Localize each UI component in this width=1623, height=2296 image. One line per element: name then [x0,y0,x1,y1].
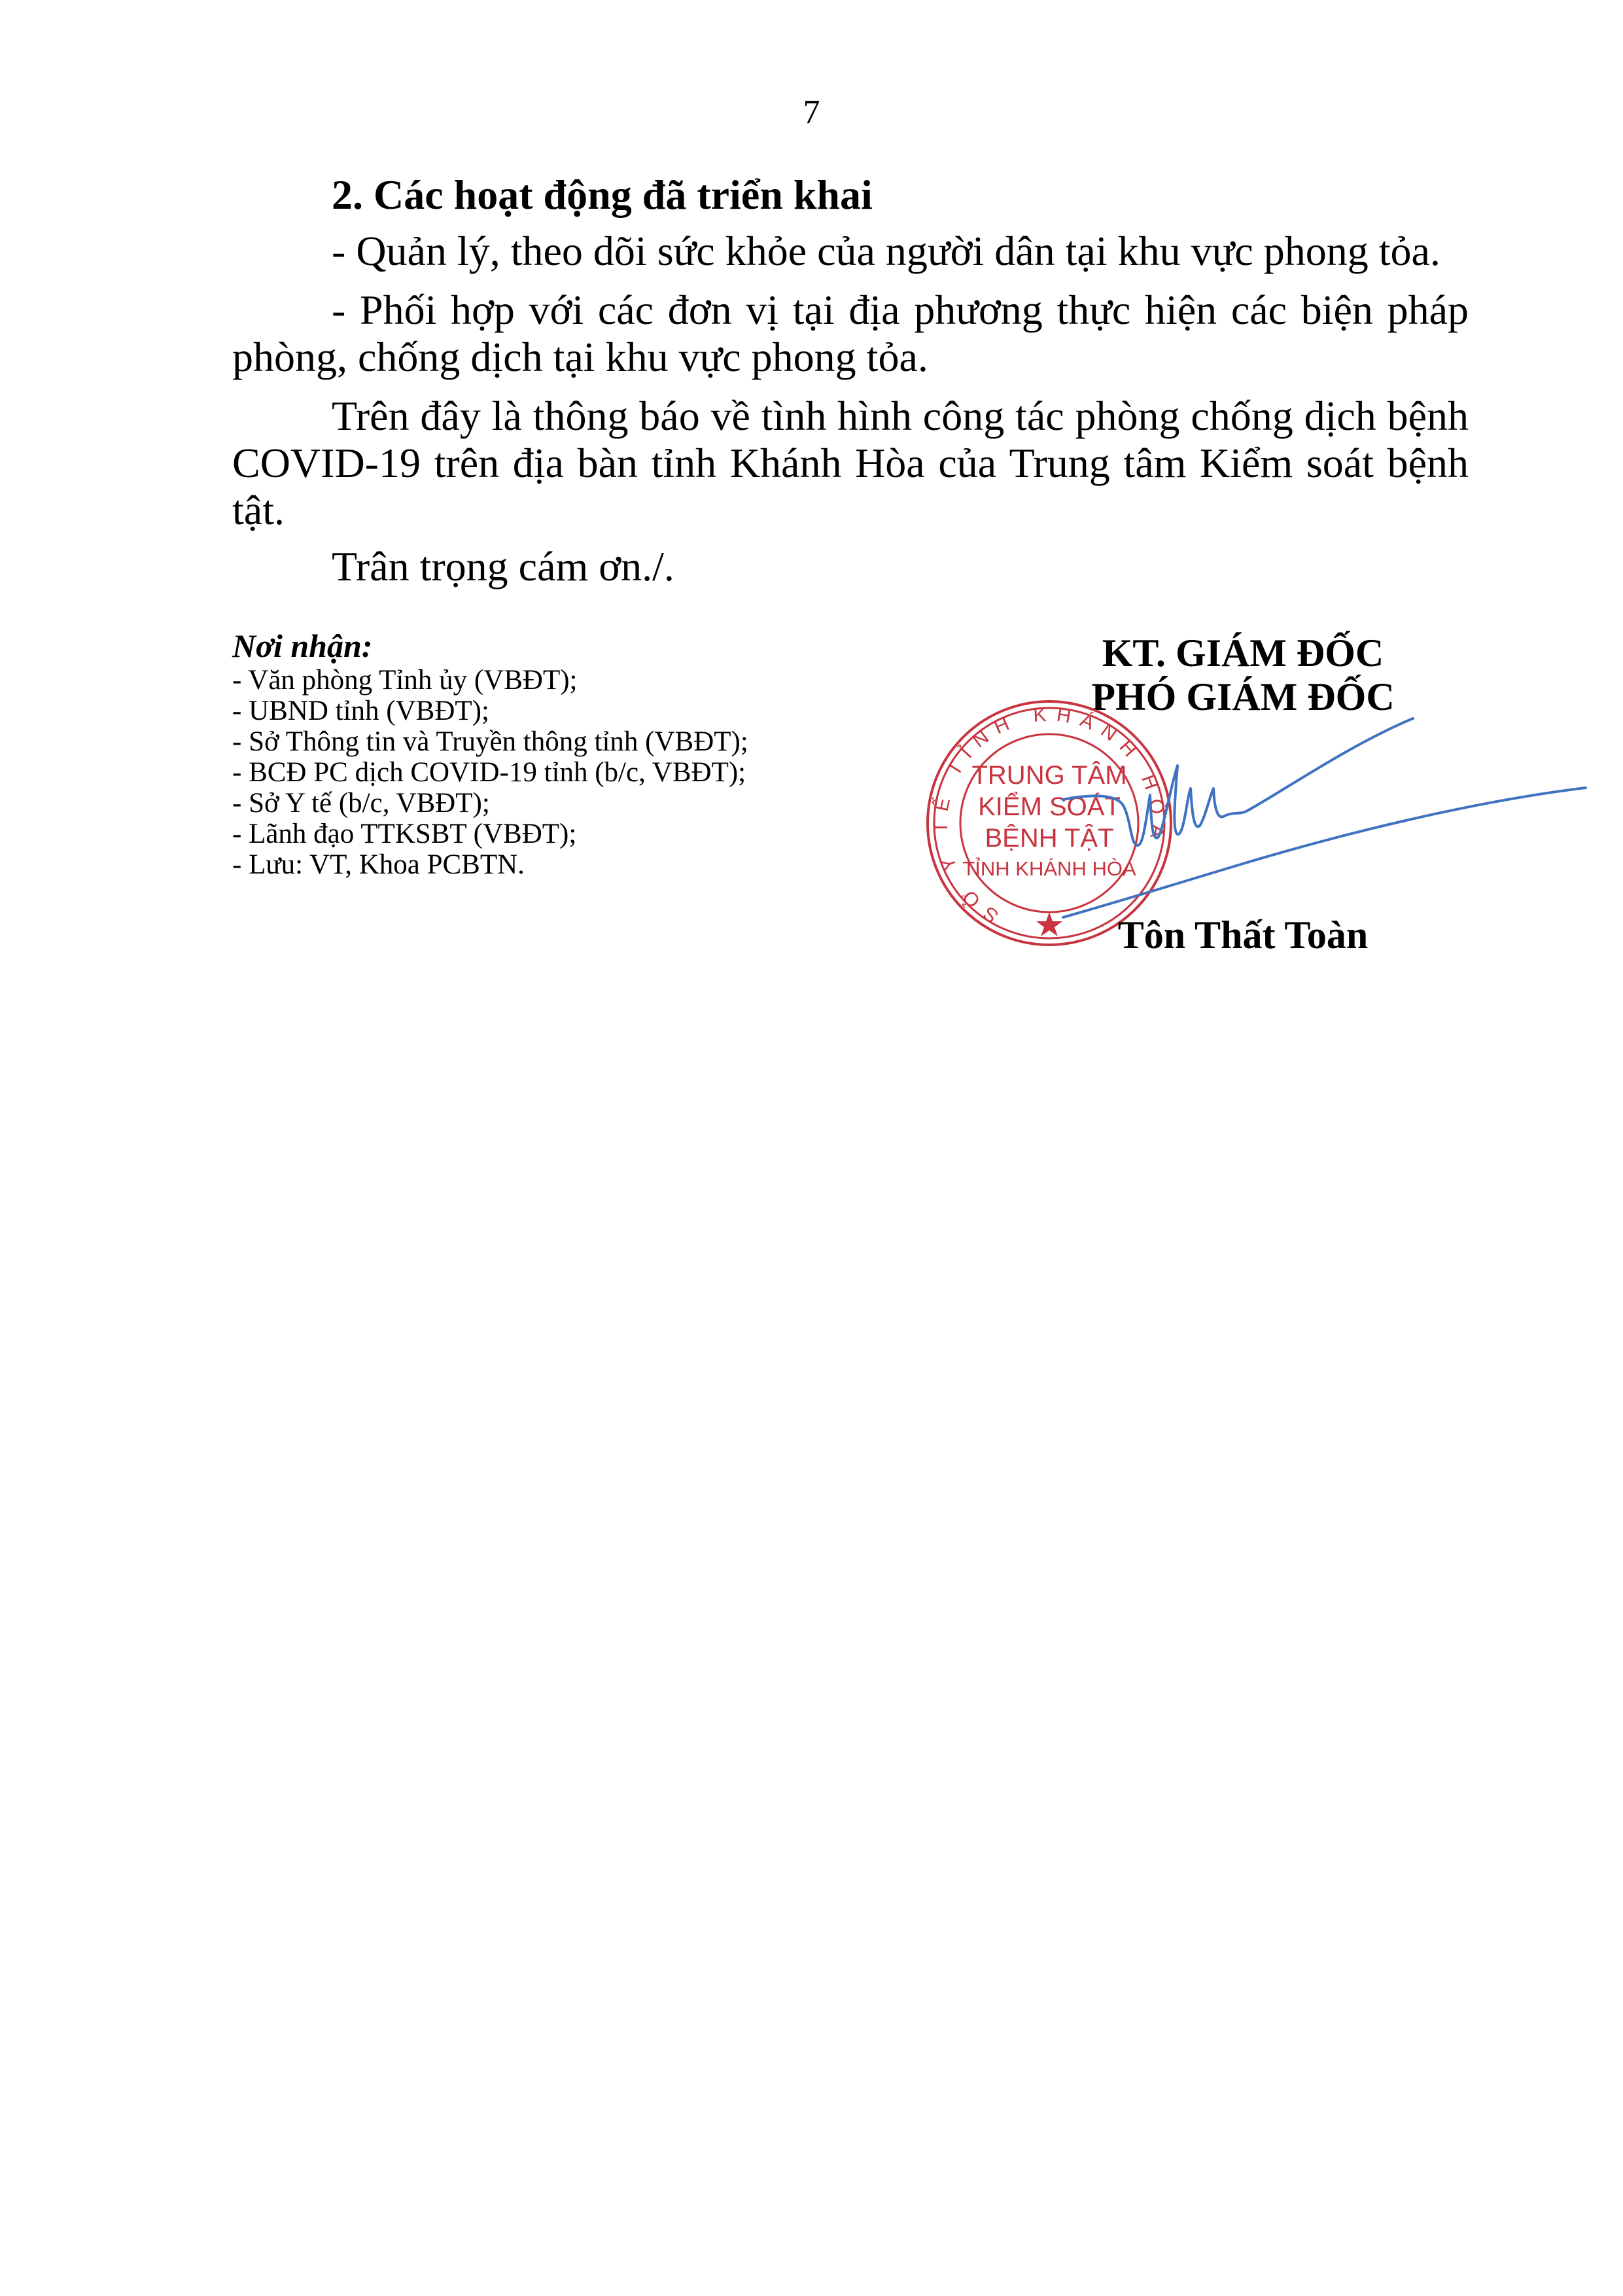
recipient-item: - Sở Y tế (b/c, VBĐT); [232,788,748,819]
signatory-line2: PHÓ GIÁM ĐỐC [1047,675,1439,719]
stamp-line: KIỂM SOÁT [978,790,1121,821]
signatory-name: Tôn Thất Toàn [1047,913,1439,958]
activity-item: - Quản lý, theo dõi sức khỏe của người d… [232,228,1469,275]
recipient-item: - Lưu: VT, Khoa PCBTN. [232,849,748,880]
activity-item: - Phối hợp với các đơn vị tại địa phương… [232,287,1469,381]
stamp-outer-text: SỞ Y TẾ TỈNH KHÁNH HÒA [930,703,1169,927]
stamp-line: TRUNG TÂM [971,760,1126,790]
recipients-title: Nơi nhận: [232,627,748,665]
page-number: 7 [0,93,1623,132]
svg-text:SỞ Y TẾ TỈNH KHÁNH HÒA: SỞ Y TẾ TỈNH KHÁNH HÒA [930,703,1169,927]
recipient-item: - Văn phòng Tỉnh ủy (VBĐT); [232,665,748,696]
recipient-item: - BCĐ PC dịch COVID-19 tỉnh (b/c, VBĐT); [232,757,748,788]
section-activities: 2. Các hoạt động đã triển khai - Quản lý… [232,171,1469,590]
section-heading: 2. Các hoạt động đã triển khai [232,171,1469,219]
closing-thanks: Trân trọng cám ơn./. [232,543,1469,590]
signatory-name-block: Tôn Thất Toàn [1047,913,1439,958]
stamp-line: BỆNH TẬT [985,823,1113,853]
recipient-item: - Lãnh đạo TTKSBT (VBĐT); [232,819,748,849]
closing-paragraph: Trên đây là thông báo về tình hình công … [232,393,1469,534]
stamp-line: TỈNH KHÁNH HÒA [962,857,1136,880]
recipients-block: Nơi nhận: - Văn phòng Tỉnh ủy (VBĐT); - … [232,627,748,880]
recipient-item: - Sở Thông tin và Truyền thông tỉnh (VBĐ… [232,726,748,757]
recipient-item: - UBND tỉnh (VBĐT); [232,696,748,726]
signatory-line1: KT. GIÁM ĐỐC [1047,631,1439,675]
signatory-title: KT. GIÁM ĐỐC PHÓ GIÁM ĐỐC [1047,631,1439,719]
